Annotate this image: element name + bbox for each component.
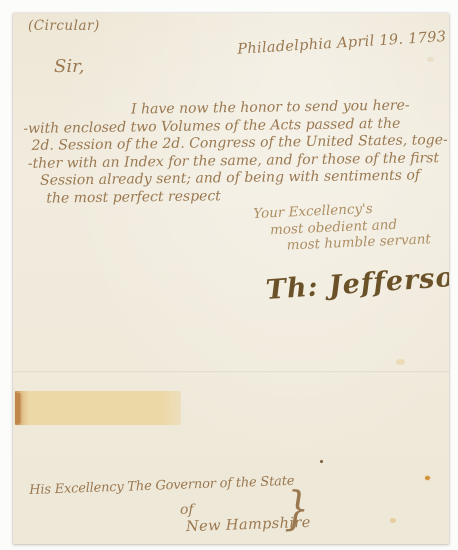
letter-paper: (Circular) Philadelphia April 19. 1793 S… [13, 13, 449, 544]
address-block: His Excellency The Governor of the State… [13, 13, 449, 544]
letter-photograph: (Circular) Philadelphia April 19. 1793 S… [0, 0, 458, 550]
address-line: of [180, 502, 194, 518]
address-brace: } [284, 481, 309, 535]
address-line: His Excellency The Governor of the State [29, 474, 294, 498]
foxing-spot [425, 476, 430, 480]
foxing-spot [320, 460, 323, 463]
foxing-spot [390, 518, 396, 523]
foxing-spot [427, 57, 434, 62]
foxing-spot [396, 359, 405, 365]
